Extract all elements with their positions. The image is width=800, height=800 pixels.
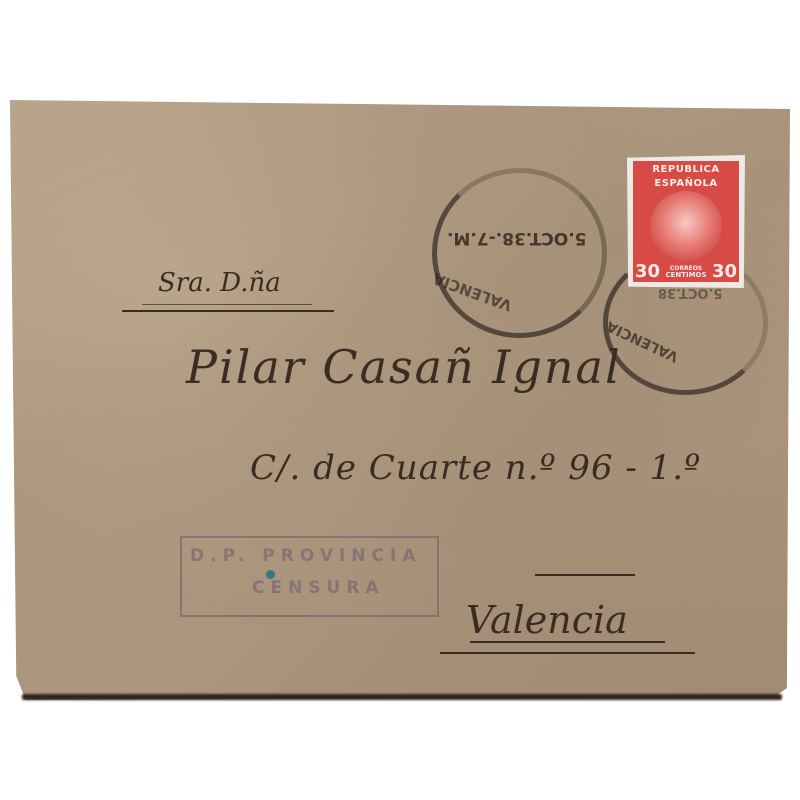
censor-stamp-line1: D.P. PROVINCIA — [190, 546, 422, 566]
censor-stamp-line2: CENSURA — [252, 578, 385, 598]
stamp-denomination-left: 30 — [633, 261, 662, 282]
recipient-name: Pilar Casañ Ignal — [186, 340, 622, 394]
stamp-country-line1: REPUBLICA — [652, 164, 719, 175]
salutation-underline-2 — [142, 304, 312, 305]
ink-spot — [266, 570, 275, 579]
salutation-text: Sra. D.ña — [158, 268, 281, 298]
postmark-date: 5.OCT.38.-7.M. — [447, 228, 587, 248]
stamp-denomination-right: 30 — [710, 261, 739, 282]
censor-stamp: D.P. PROVINCIA CENSURA — [180, 536, 439, 617]
city-underline — [470, 641, 665, 643]
stamp-portrait — [650, 191, 722, 261]
recipient-street: C/. de Cuarte n.º 96 - 1.º — [250, 448, 701, 488]
stamp-country-line2: ESPAÑOLA — [654, 178, 717, 189]
recipient-city: Valencia — [466, 598, 628, 642]
city-overline — [535, 574, 635, 576]
postmark-main: 5.OCT.38.-7.M. VALENCIA — [432, 168, 607, 338]
postage-stamp: REPUBLICA ESPAÑOLA 30 CORREOS CENTIMOS 3… — [627, 155, 745, 288]
stamp-unit: CENTIMOS — [665, 272, 706, 279]
city-underline-2 — [440, 652, 695, 654]
salutation-underline — [122, 310, 334, 312]
envelope-shadow — [22, 694, 782, 700]
